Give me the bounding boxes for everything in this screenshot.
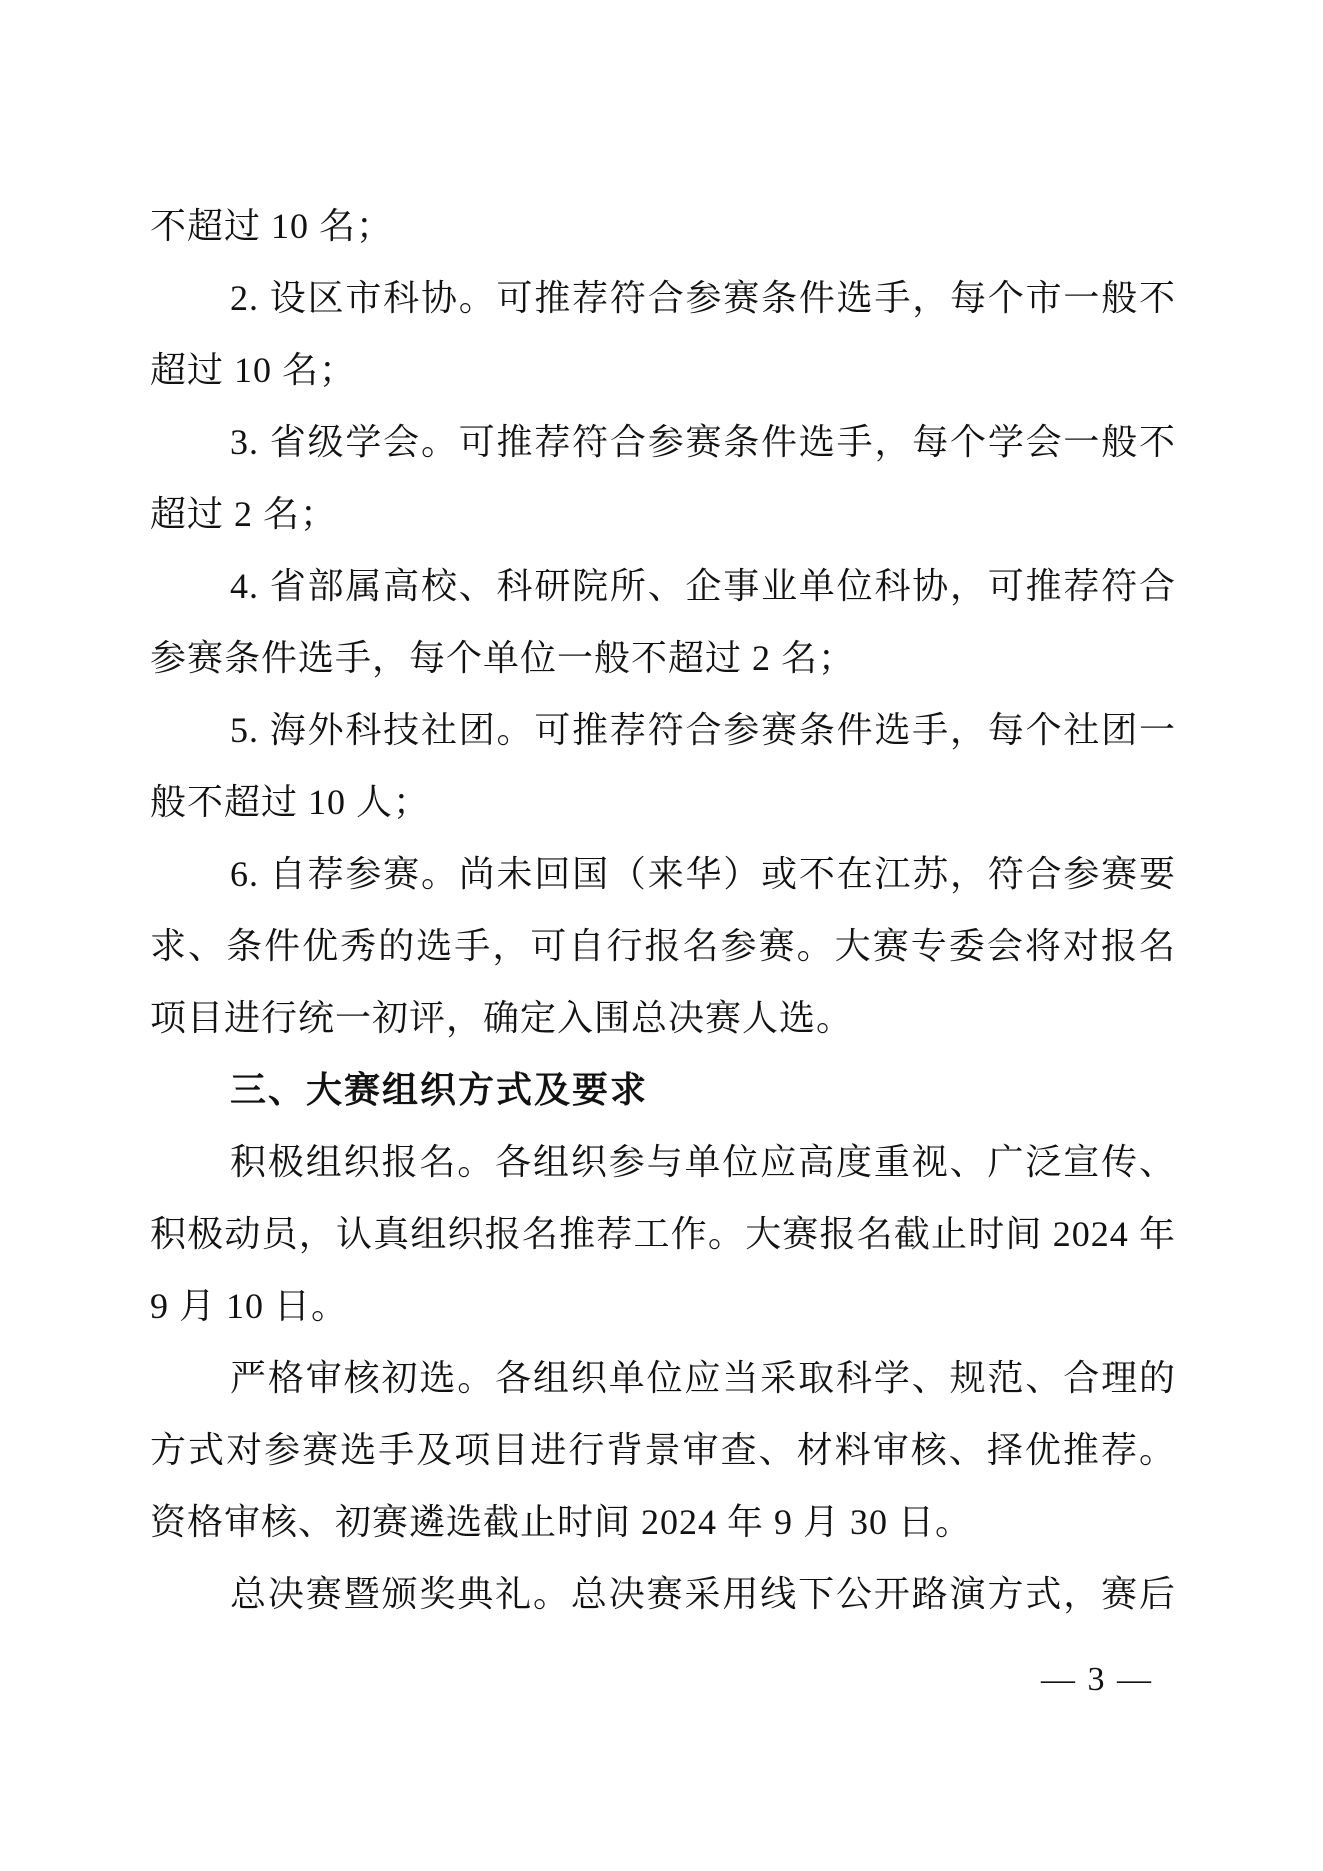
text-line: 求、条件优秀的选手，可自行报名参赛。大赛专委会将对报名 <box>150 910 1176 982</box>
text-line: 资格审核、初赛遴选截止时间 2024 年 9 月 30 日。 <box>150 1486 1176 1558</box>
document-page: 不超过 10 名；2. 设区市科协。可推荐符合参赛条件选手，每个市一般不超过 1… <box>0 0 1323 1871</box>
text-line: 积极组织报名。各组织参与单位应高度重视、广泛宣传、 <box>150 1126 1176 1198</box>
text-line: 超过 2 名； <box>150 478 1176 550</box>
text-line: 5. 海外科技社团。可推荐符合参赛条件选手，每个社团一 <box>150 694 1176 766</box>
page-number: — 3 — <box>1041 1658 1153 1702</box>
text-line: 3. 省级学会。可推荐符合参赛条件选手，每个学会一般不 <box>150 406 1176 478</box>
text-line: 4. 省部属高校、科研院所、企事业单位科协，可推荐符合 <box>150 550 1176 622</box>
text-line: 不超过 10 名； <box>150 190 1176 262</box>
text-line: 9 月 10 日。 <box>150 1270 1176 1342</box>
text-line: 严格审核初选。各组织单位应当采取科学、规范、合理的 <box>150 1342 1176 1414</box>
text-line: 项目进行统一初评，确定入围总决赛人选。 <box>150 982 1176 1054</box>
text-line: 超过 10 名； <box>150 334 1176 406</box>
text-line: 2. 设区市科协。可推荐符合参赛条件选手，每个市一般不 <box>150 262 1176 334</box>
text-line: 6. 自荐参赛。尚未回国（来华）或不在江苏，符合参赛要 <box>150 838 1176 910</box>
text-line: 总决赛暨颁奖典礼。总决赛采用线下公开路演方式，赛后 <box>150 1558 1176 1630</box>
text-line: 参赛条件选手，每个单位一般不超过 2 名； <box>150 622 1176 694</box>
text-line: 般不超过 10 人； <box>150 766 1176 838</box>
section-heading: 三、大赛组织方式及要求 <box>150 1054 1176 1126</box>
text-line: 积极动员，认真组织报名推荐工作。大赛报名截止时间 2024 年 <box>150 1198 1176 1270</box>
text-line: 方式对参赛选手及项目进行背景审查、材料审核、择优推荐。 <box>150 1414 1176 1486</box>
text-block: 不超过 10 名；2. 设区市科协。可推荐符合参赛条件选手，每个市一般不超过 1… <box>150 190 1176 1630</box>
